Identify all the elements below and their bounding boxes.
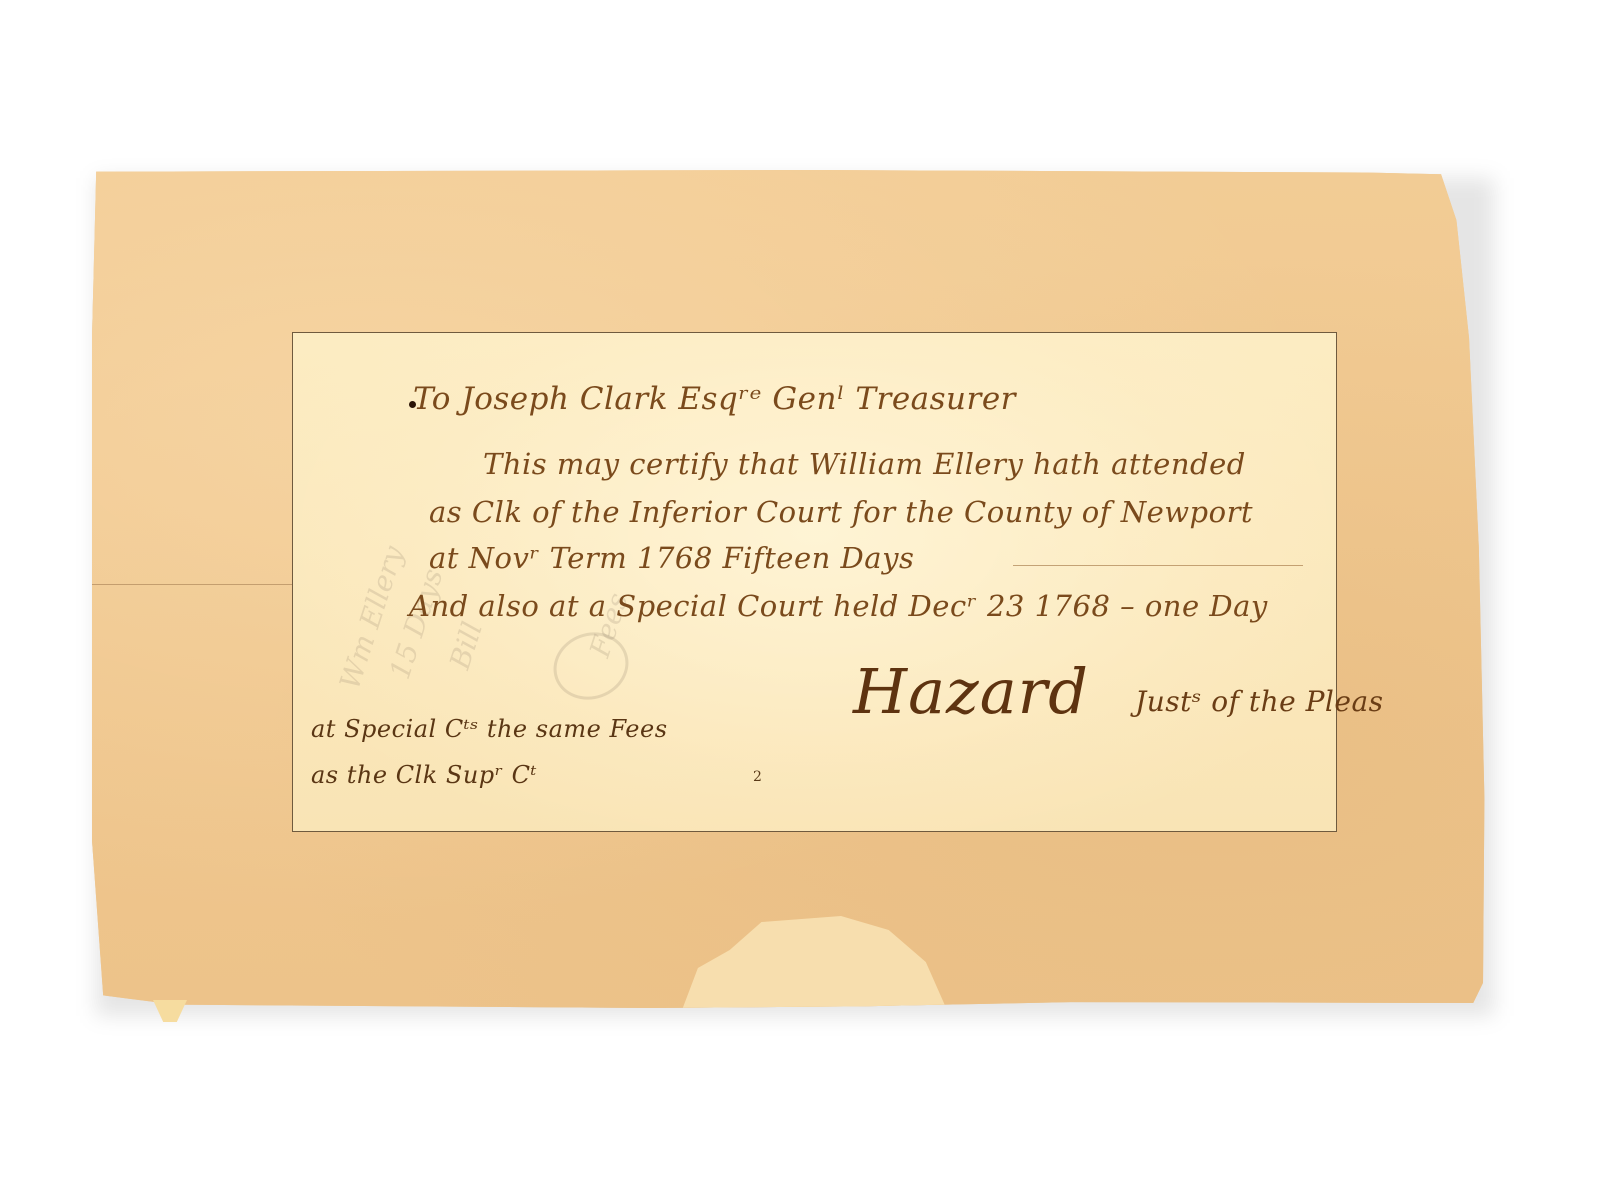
line-filler-flourish <box>1013 565 1303 566</box>
folio-number: 2 <box>753 769 762 785</box>
signature-title: Justˢ of the Pleas <box>1135 685 1384 718</box>
body-line: as Clk of the Inferior Court for the Cou… <box>429 495 1253 529</box>
fold-crease <box>92 584 292 585</box>
bleed-through-flourish <box>544 622 638 710</box>
aged-paper-sheet: Wm Ellery 15 Days Bill Fees To Joseph Cl… <box>92 170 1490 1008</box>
body-line: This may certify that William Ellery hat… <box>483 447 1246 481</box>
certificate-frame: Wm Ellery 15 Days Bill Fees To Joseph Cl… <box>292 332 1337 832</box>
salutation: To Joseph Clark Esqʳᵉ Genˡ Treasurer <box>413 381 1016 417</box>
body-line: And also at a Special Court held Decʳ 23… <box>409 589 1268 623</box>
paper-tab <box>153 1000 187 1022</box>
marginal-note: at Special Cᵗˢ the same Fees <box>311 715 668 743</box>
body-line: at Novʳ Term 1768 Fifteen Days <box>429 541 914 575</box>
marginal-note: as the Clk Supʳ Cᵗ <box>311 761 537 789</box>
paper-abrasion <box>682 910 947 1010</box>
document-stage: Wm Ellery 15 Days Bill Fees To Joseph Cl… <box>0 0 1600 1200</box>
bleed-through-text: Bill <box>443 618 489 673</box>
signature: Hazard <box>853 655 1089 728</box>
